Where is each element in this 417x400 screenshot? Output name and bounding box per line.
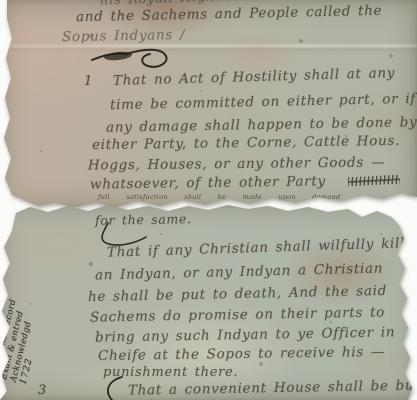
article-line: Hoggs, Houses, or any other Goods — [88, 155, 385, 173]
manuscript-photo: his Royall Highness and the Sachems and … [0, 0, 417, 400]
article-line: bring any such Indyan to ye Officer in [95, 325, 395, 345]
article-number-3: 3 [38, 383, 47, 398]
foxing-specks [0, 0, 2, 2]
article-line: That if any Christian shall wilfully kil… [107, 236, 405, 260]
article-line: Cheife at the Sopos to receive his — [98, 345, 385, 364]
paper-fragment-bottom-surface: Recd this Record Exam & entred Acknowled… [0, 203, 417, 400]
paper-fragment-top: his Royall Highness and the Sachems and … [0, 0, 417, 209]
article-line: he shall be put to death, And the said [88, 284, 387, 305]
article-line: time be committed on either part, or if [110, 92, 416, 113]
article-line: an Indyan, or any Indyan a Christian [95, 261, 384, 283]
foxing-specks [0, 203, 2, 205]
article-number-1: 1 [84, 74, 93, 89]
article-line: That a convenient House shall be built [128, 378, 417, 398]
article-line: Sachems do promise on their parts to [90, 305, 385, 325]
paper-fragment-bottom: Recd this Record Exam & entred Acknowled… [0, 203, 417, 400]
crossed-out-word [348, 175, 400, 187]
paren-flourish [100, 375, 126, 400]
heading-line: Sopus Indyans / [62, 28, 185, 45]
article-line: either Party, to the Corne, Cattle Hous. [92, 134, 400, 153]
marginalia-vertical-note: Recd this Record Exam & entred Acknowled… [0, 230, 65, 385]
paper-fragment-top-surface: his Royall Highness and the Sachems and … [0, 0, 417, 209]
